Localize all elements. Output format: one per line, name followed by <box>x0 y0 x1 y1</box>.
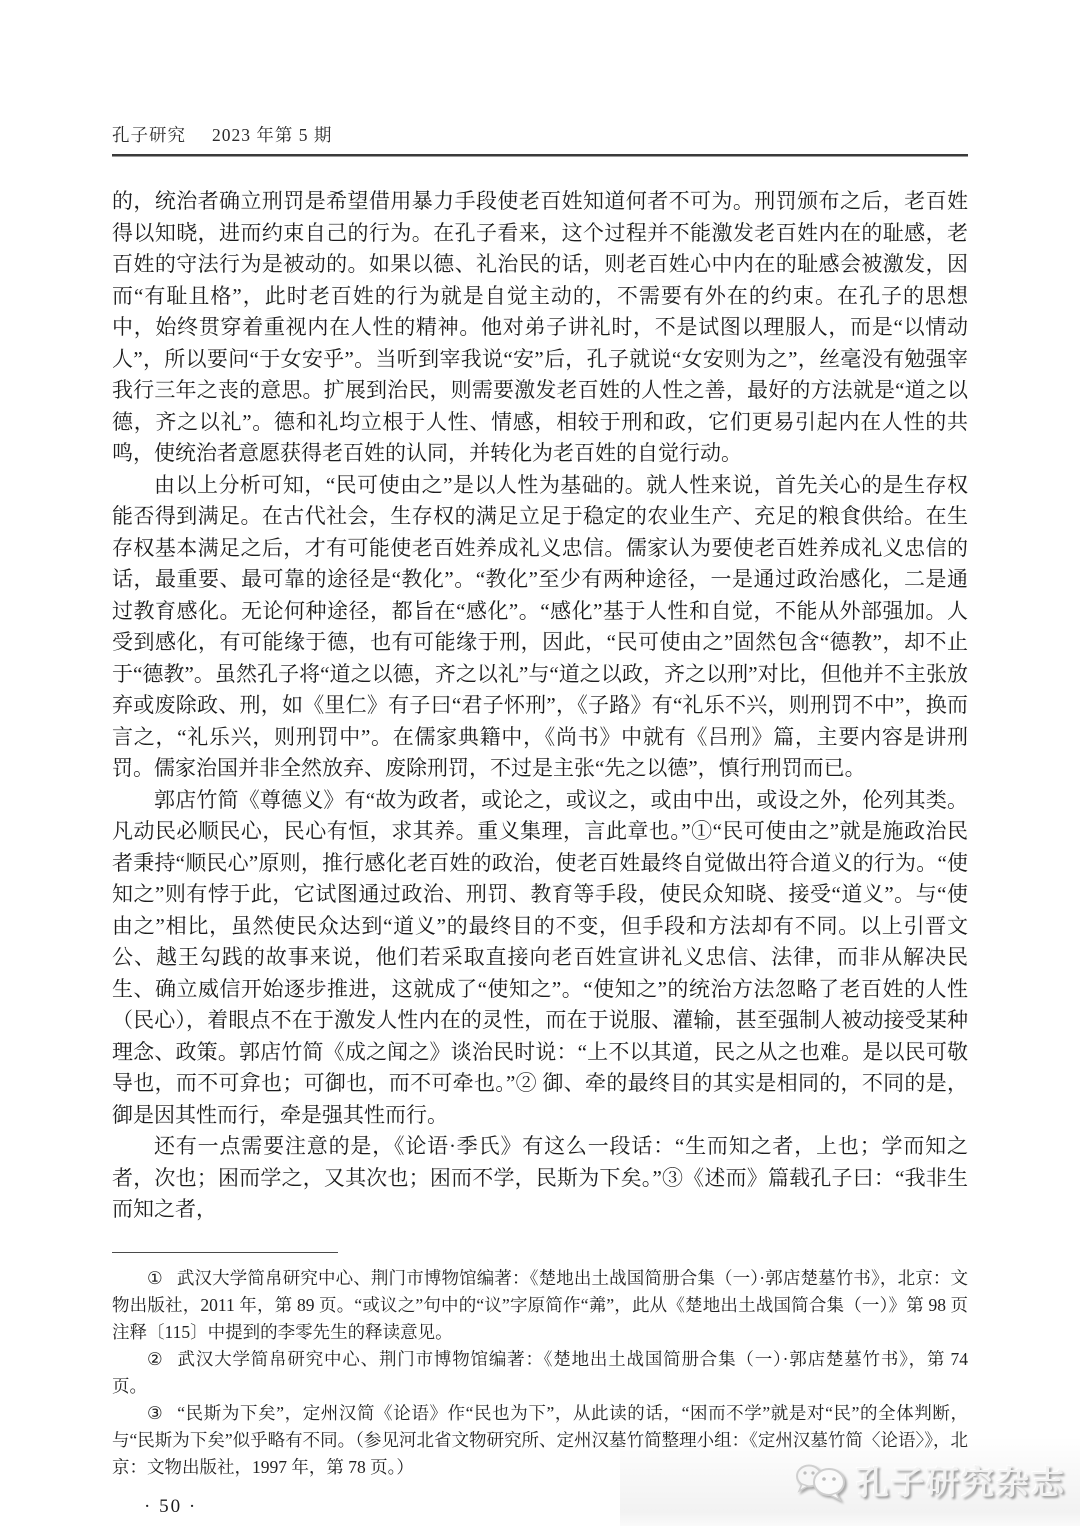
footnote-marker-2: ② <box>147 1349 164 1369</box>
issue-label: 2023 年第 5 期 <box>212 125 332 145</box>
page-header: 孔子研究2023 年第 5 期 <box>112 122 968 147</box>
footnote-separator <box>112 1252 338 1253</box>
paragraph-4: 还有一点需要注意的是，《论语·季氏》有这么一段话：“生而知之者，上也；学而知之者… <box>112 1131 968 1226</box>
footnote-1: ①武汉大学简帛研究中心、荆门市博物馆编著：《楚地出土战国简册合集（一）·郭店楚墓… <box>112 1265 968 1346</box>
paragraph-2: 由以上分析可知，“民可使由之”是以人性为基础的。就人性来说，首先关心的是生存权能… <box>112 470 968 785</box>
footnote-2: ②武汉大学简帛研究中心、荆门市博物馆编著：《楚地出土战国简册合集（一）·郭店楚墓… <box>112 1346 968 1400</box>
watermark-text: 孔子研究杂志 <box>856 1457 1066 1504</box>
wechat-icon <box>796 1460 848 1502</box>
paragraph-1: 的，统治者确立刑罚是希望借用暴力手段使老百姓知道何者不可为。刑罚颁布之后，老百姓… <box>112 186 968 470</box>
journal-title: 孔子研究 <box>112 125 186 145</box>
journal-watermark: 孔子研究杂志 <box>796 1457 1066 1504</box>
article-body: 的，统治者确立刑罚是希望借用暴力手段使老百姓知道何者不可为。刑罚颁布之后，老百姓… <box>112 186 968 1226</box>
footnote-text-2: 武汉大学简帛研究中心、荆门市博物馆编著：《楚地出土战国简册合集（一）·郭店楚墓竹… <box>112 1349 968 1396</box>
footnotes: ①武汉大学简帛研究中心、荆门市博物馆编著：《楚地出土战国简册合集（一）·郭店楚墓… <box>112 1265 968 1481</box>
footnote-marker-3: ③ <box>147 1403 163 1423</box>
header-rule <box>112 154 968 157</box>
journal-page: 孔子研究2023 年第 5 期 的，统治者确立刑罚是希望借用暴力手段使老百姓知道… <box>0 0 1080 1526</box>
footnote-marker-1: ① <box>147 1268 163 1288</box>
footnote-text-1: 武汉大学简帛研究中心、荆门市博物馆编著：《楚地出土战国简册合集（一）·郭店楚墓竹… <box>112 1268 968 1342</box>
page-content: 孔子研究2023 年第 5 期 的，统治者确立刑罚是希望借用暴力手段使老百姓知道… <box>0 0 1080 1518</box>
paragraph-3: 郭店竹简《尊德义》有“故为政者，或论之，或议之，或由中出，或设之外，伦列其类。凡… <box>112 785 968 1132</box>
